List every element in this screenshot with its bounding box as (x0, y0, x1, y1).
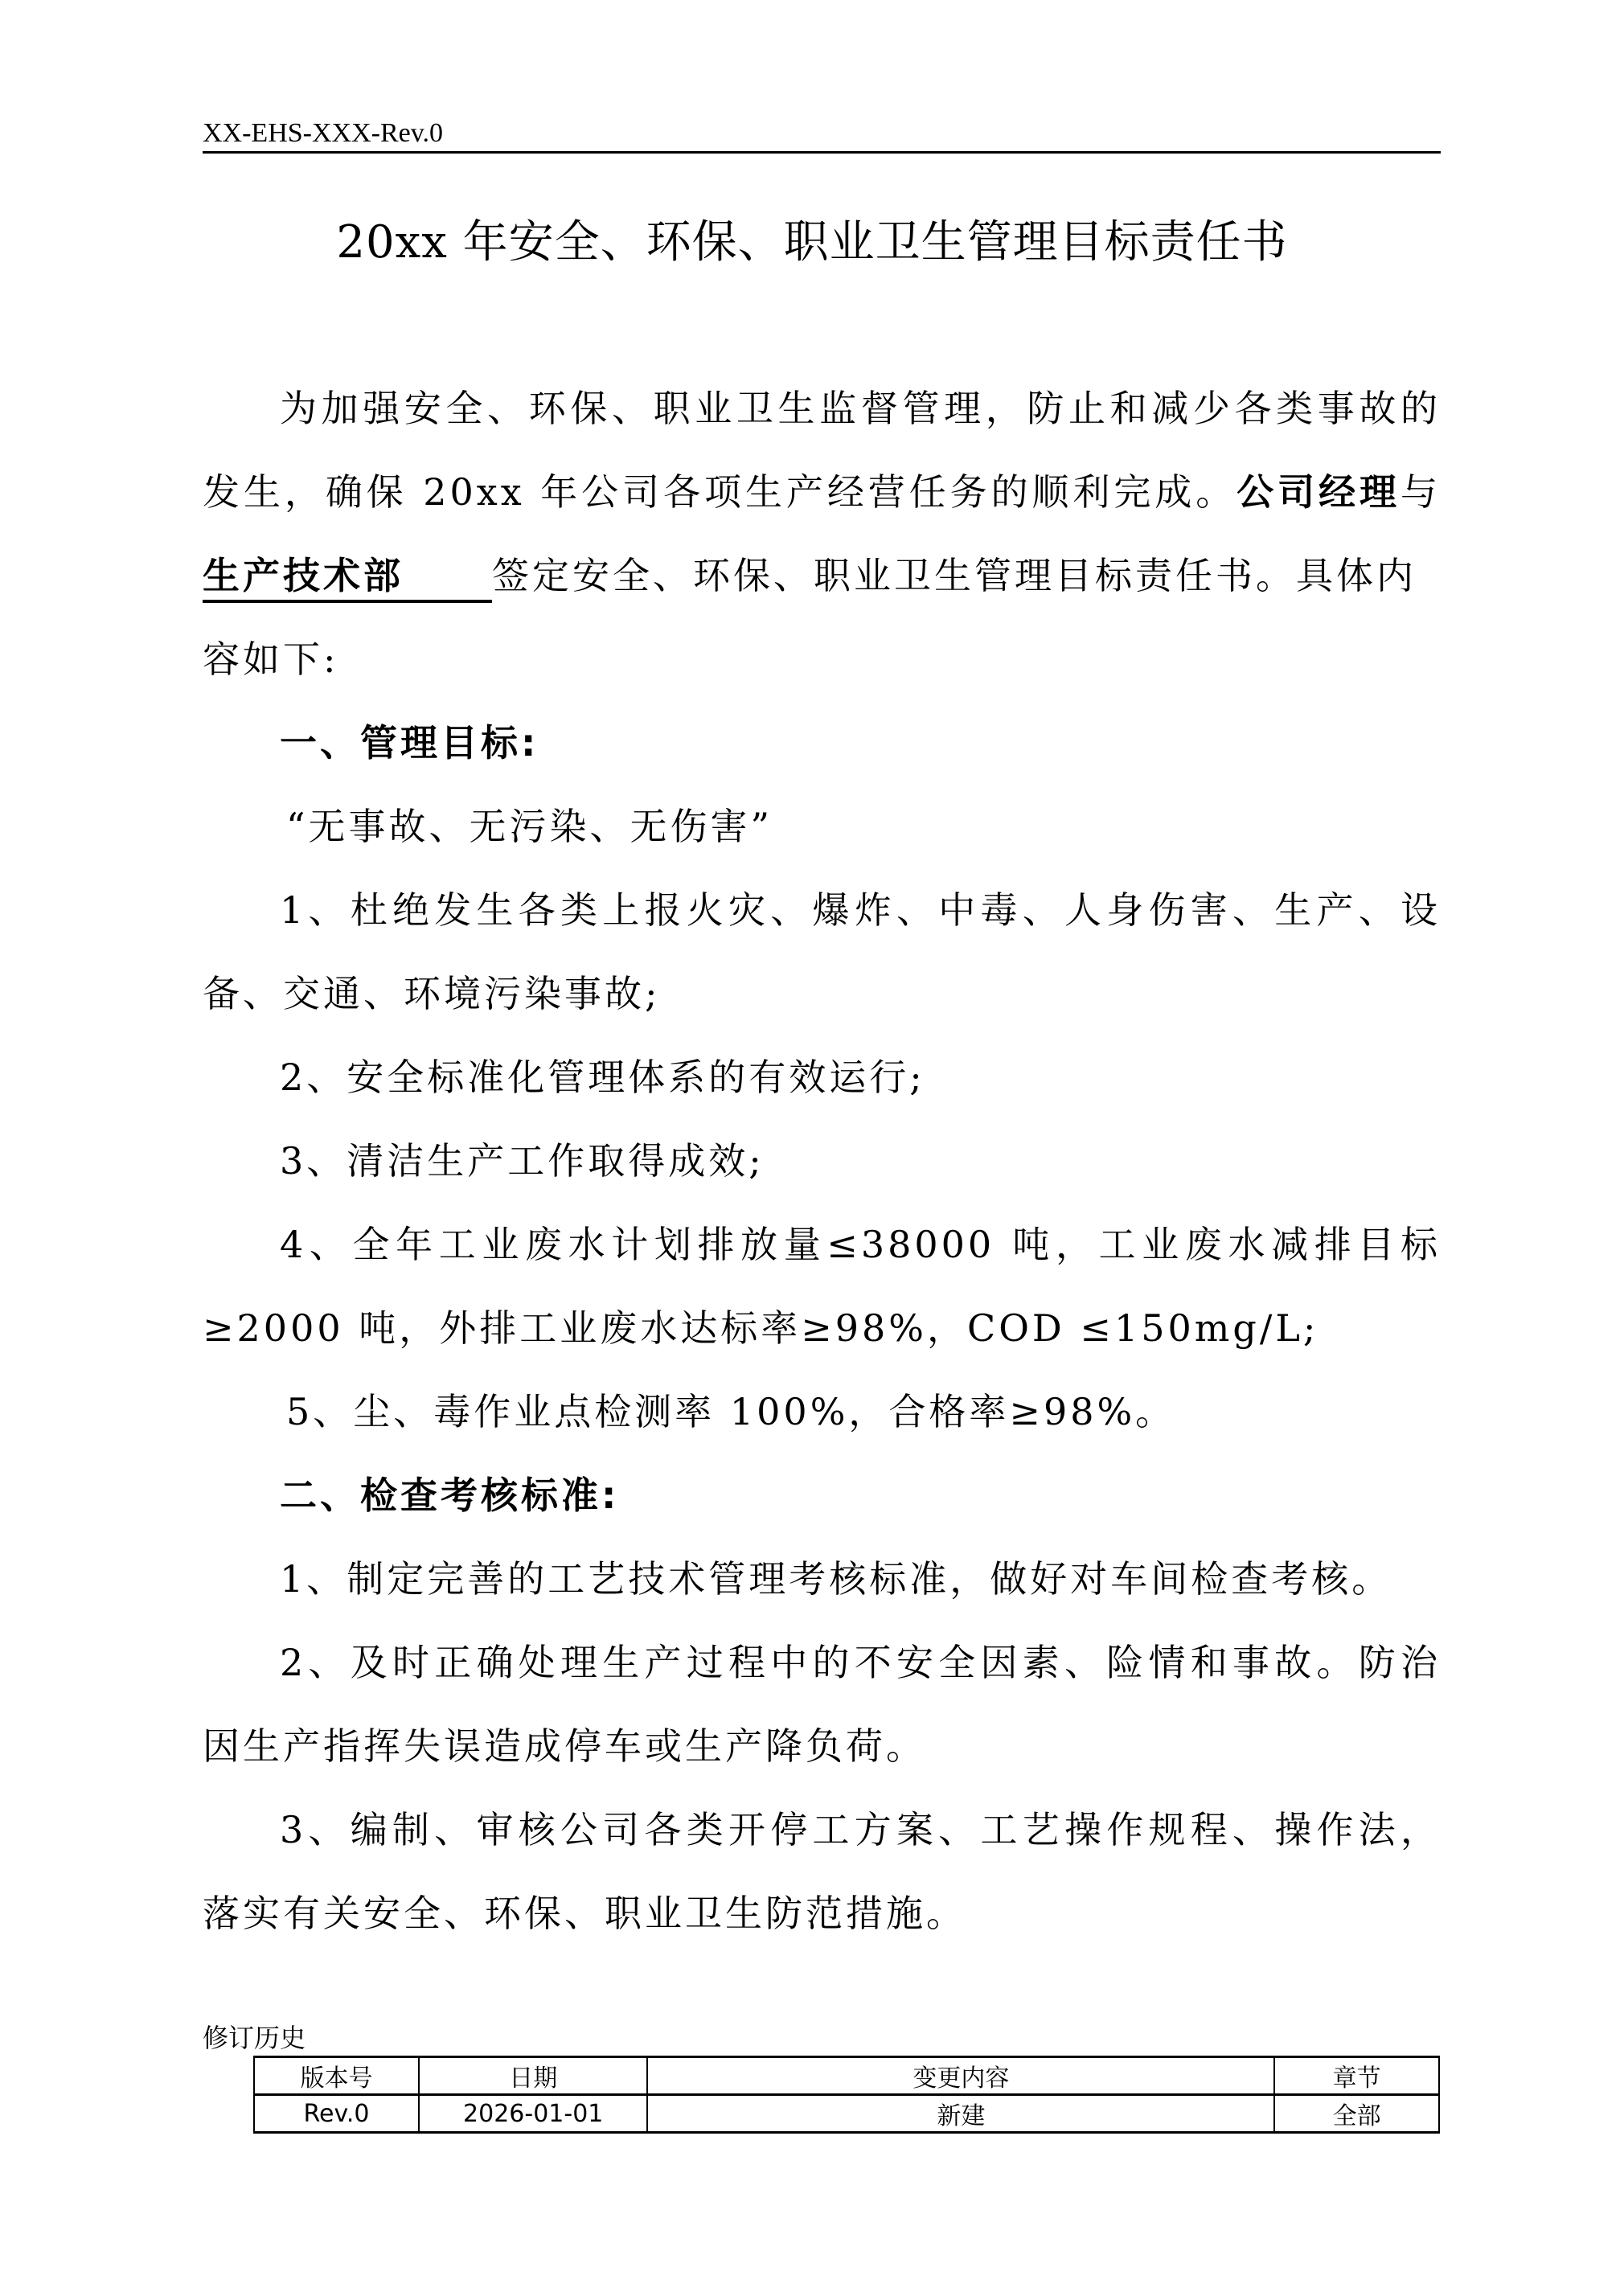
standard-item-3-line-1: 3、编制、审核公司各类开停工方案、工艺操作规程、操作法， (203, 1806, 1441, 1854)
goal-item-4-line-2: ≥2000 吨，外排工业废水达标率≥98%，COD ≤150mg/L; (203, 1304, 1441, 1352)
intro-line-2: 发生，确保 20xx 年公司各项生产经营任务的顺利完成。公司经理与 (203, 468, 1441, 516)
column-header-changes: 变更内容 (647, 2057, 1274, 2095)
document-title: 20xx 年安全、环保、职业卫生管理目标责任书 (0, 211, 1624, 275)
section1-heading: 一、管理目标: (203, 719, 1518, 767)
cell-date: 2026-01-01 (419, 2095, 647, 2133)
goal-item-1-line-1: 1、杜绝发生各类上报火灾、爆炸、中毒、人身伤害、生产、设 (203, 886, 1441, 934)
goal-item-4-line-1: 4、全年工业废水计划排放量≤38000 吨，工业废水减排目标 (203, 1220, 1441, 1269)
goal-item-2: 2、安全标准化管理体系的有效运行; (203, 1053, 1518, 1101)
table-header-row: 版本号 日期 变更内容 章节 (254, 2057, 1439, 2095)
standard-item-2-line-1: 2、及时正确处理生产过程中的不安全因素、险情和事故。防治 (203, 1638, 1441, 1687)
standard-item-3-line-2: 落实有关安全、环保、职业卫生防范措施。 (203, 1889, 1441, 1937)
cell-version: Rev.0 (254, 2095, 419, 2133)
standard-item-2-line-2: 因生产指挥失误造成停车或生产降负荷。 (203, 1722, 1441, 1770)
intro-line-1: 为加强安全、环保、职业卫生监督管理，防止和减少各类事故的 (203, 384, 1441, 433)
section2-heading: 二、检查考核标准: (203, 1471, 1518, 1519)
column-header-section: 章节 (1274, 2057, 1439, 2095)
standard-item-1: 1、制定完善的工艺技术管理考核标准，做好对车间检查考核。 (203, 1555, 1518, 1603)
goal-item-1-line-2: 备、交通、环境污染事故; (203, 970, 1441, 1018)
intro-text: 签定安全、环保、职业卫生管理目标责任书。具体内 (492, 554, 1417, 597)
column-header-version: 版本号 (254, 2057, 419, 2095)
intro-line-4: 容如下: (203, 635, 1441, 683)
column-header-date: 日期 (419, 2057, 647, 2095)
section1-slogan: “无事故、无污染、无伤害” (203, 802, 1524, 851)
revision-history-label: 修订历史 (203, 2022, 306, 2054)
department-name: 生产技术部 (203, 554, 404, 597)
goal-item-3: 3、清洁生产工作取得成效; (203, 1137, 1518, 1185)
intro-text: 发生，确保 20xx 年公司各项生产经营任务的顺利完成。 (203, 470, 1236, 514)
cell-section: 全部 (1274, 2095, 1439, 2133)
party-a: 公司经理 (1236, 470, 1400, 514)
table-row: Rev.0 2026-01-01 新建 全部 (254, 2095, 1439, 2133)
intro-text: 与 (1400, 470, 1441, 514)
revision-history-table: 版本号 日期 变更内容 章节 Rev.0 2026-01-01 新建 全部 (253, 2056, 1440, 2134)
header-rule (203, 151, 1441, 154)
cell-changes: 新建 (647, 2095, 1274, 2133)
document-code: XX-EHS-XXX-Rev.0 (203, 117, 443, 150)
department-field: 生产技术部 (203, 551, 492, 603)
intro-line-3: 生产技术部签定安全、环保、职业卫生管理目标责任书。具体内 (203, 551, 1441, 603)
goal-item-5: 5、尘、毒作业点检测率 100%，合格率≥98%。 (203, 1388, 1524, 1436)
